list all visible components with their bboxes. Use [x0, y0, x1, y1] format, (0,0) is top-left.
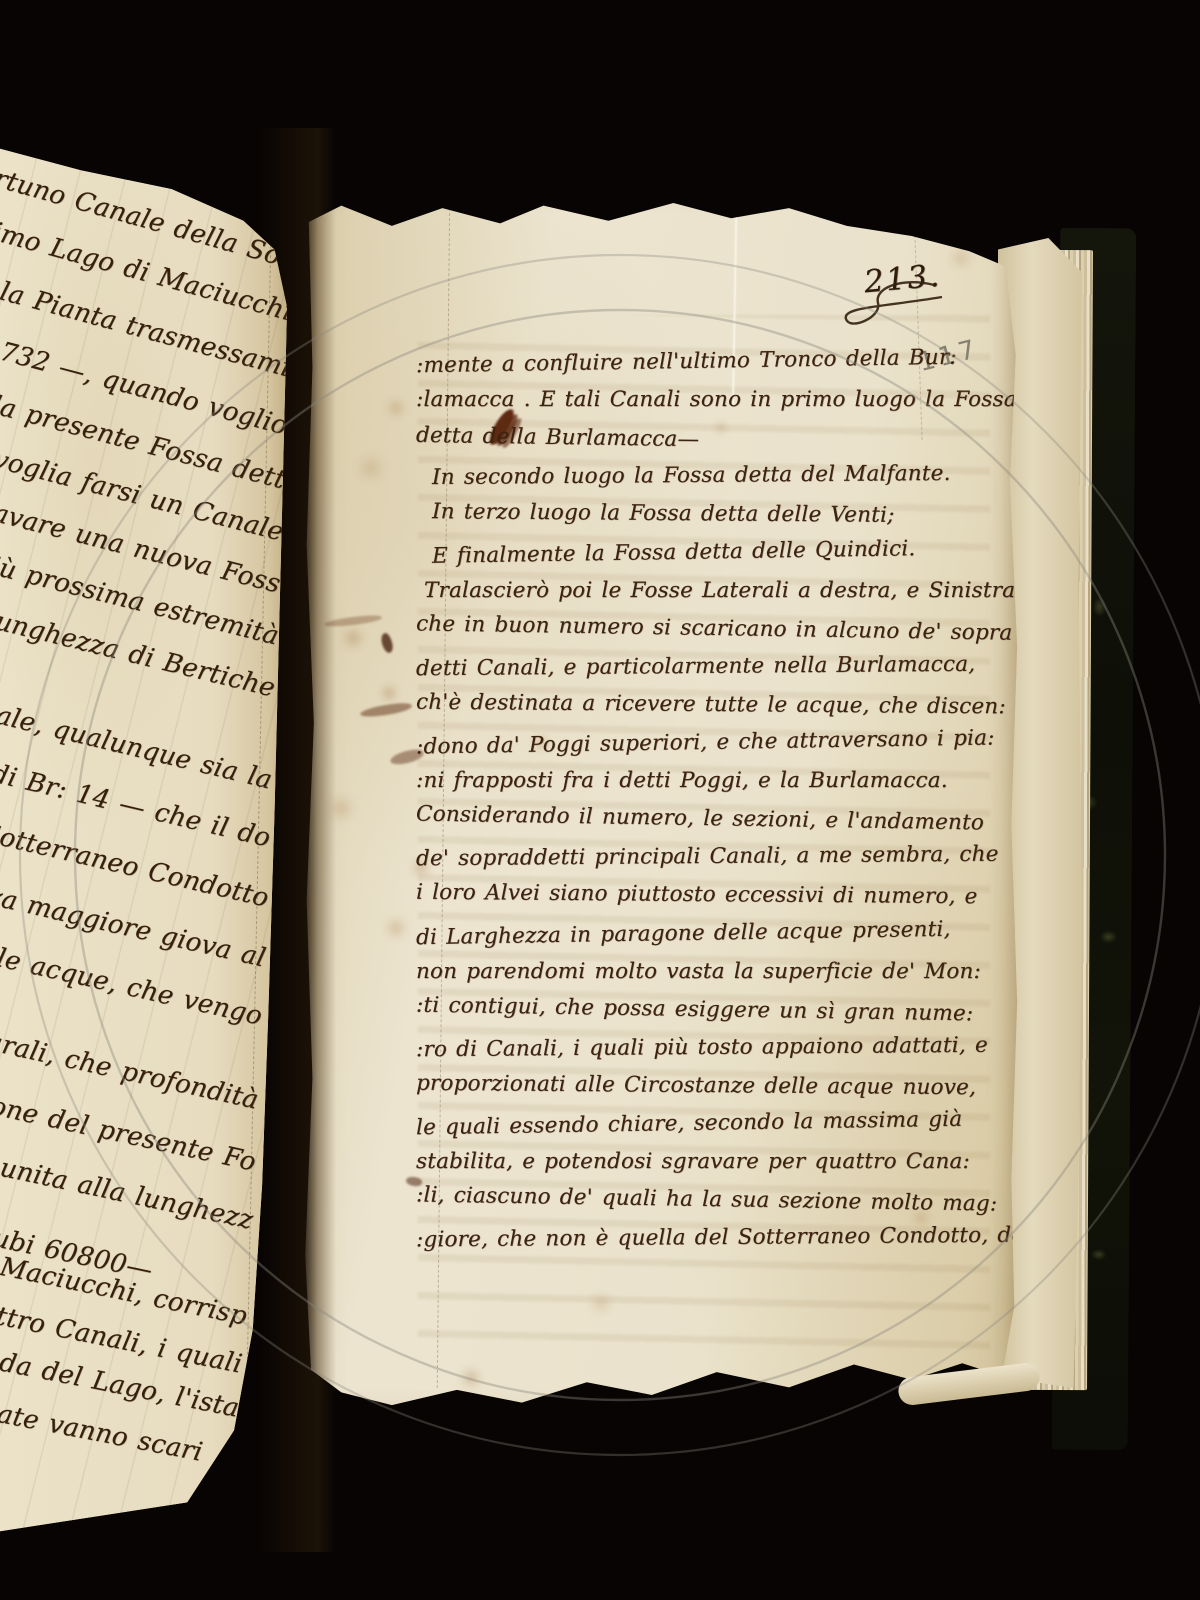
handwriting-line: detti Canali, e particolarmente nella Bu…: [416, 654, 975, 680]
handwriting-line: :lamacca . E tali Canali sono in primo l…: [416, 389, 1017, 411]
photo-open-manuscript-book: 213. 117 :mente a confluire nell'ultimo …: [0, 0, 1200, 1600]
handwriting-line: :ni frapposti fra i detti Poggi, e la Bu…: [416, 770, 948, 792]
page-number-flourish: [838, 277, 958, 341]
handwriting-line: non parendomi molto vasta la superficie …: [416, 961, 981, 983]
handwriting-line: ch'è destinata a ricevere tutte le acque…: [416, 692, 1006, 718]
handwriting-line: proporzionati alle Circostanze delle acq…: [416, 1073, 976, 1099]
handwriting-line: Tralascierò poi le Fosse Laterali a dest…: [424, 580, 1020, 602]
handwriting-line: :ro di Canali, i quali più tosto appaion…: [416, 1035, 988, 1061]
handwriting-line: stabilita, e potendosi sgravare per quat…: [416, 1151, 970, 1173]
right-manuscript-page: 213. 117 :mente a confluire nell'ultimo …: [298, 165, 1020, 1433]
handwriting-line: de' sopraddetti principali Canali, a me …: [416, 844, 999, 870]
handwriting-line: In secondo luogo la Fossa detta del Malf…: [432, 463, 951, 489]
handwriting-line: detta della Burlamacca—: [416, 425, 699, 451]
handwriting-line: In terzo luogo la Fossa detta delle Vent…: [432, 502, 895, 527]
handwriting-line: i loro Alvei siano piuttosto eccessivi d…: [416, 882, 978, 908]
handwriting-line: :giore, che non è quella del Sotterraneo…: [416, 1225, 1020, 1251]
